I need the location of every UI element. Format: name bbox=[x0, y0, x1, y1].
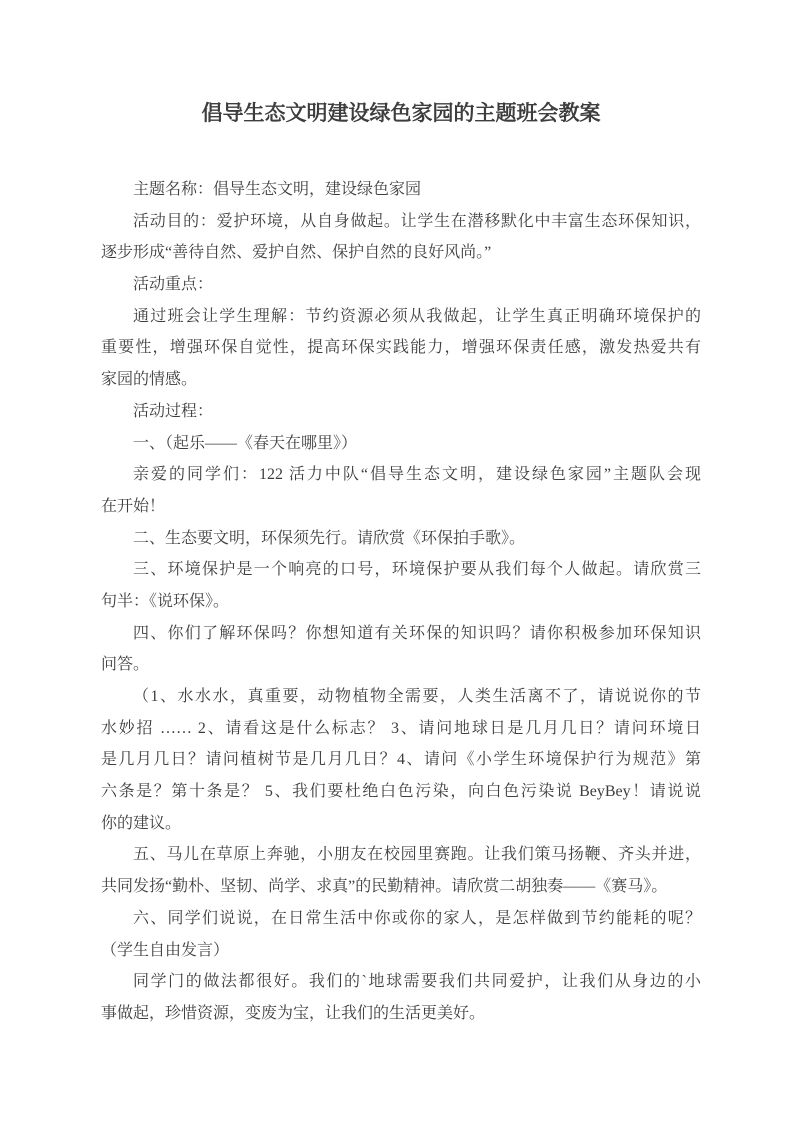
text-line: 六、同学们说说，在日常生活中你或你的家人，是怎样做到节约能耗的呢？ bbox=[101, 903, 701, 935]
text-line: 四、你们了解环保吗？你想知道有关环保的知识吗？请你积极参加环保知识 bbox=[101, 618, 701, 650]
text-line: 你的建议。 bbox=[101, 808, 701, 840]
document-title: 倡导生态文明建设绿色家园的主题班会教案 bbox=[101, 96, 701, 130]
text-line: 家园的情感。 bbox=[101, 364, 701, 396]
text-line: 三、环境保护是一个响亮的口号，环境保护要从我们每个人做起。请欣赏三 bbox=[101, 554, 701, 586]
text-line: 在开始！ bbox=[101, 491, 701, 523]
text-line: 通过班会让学生理解：节约资源必须从我做起，让学生真正明确环境保护的 bbox=[101, 301, 701, 333]
text-line: 亲爱的同学们：122 活力中队“倡导生态文明，建设绿色家园”主题队会现 bbox=[101, 459, 701, 491]
text-line: 活动目的：爱护环境，从自身做起。让学生在潜移默化中丰富生态环保知识， bbox=[101, 206, 701, 238]
text-line: 句半：《说环保》。 bbox=[101, 586, 701, 618]
text-line: 逐步形成“善待自然、爱护自然、保护自然的良好风尚。” bbox=[101, 237, 701, 269]
text-line: 事做起，珍惜资源，变废为宝，让我们的生活更美好。 bbox=[101, 998, 701, 1030]
text-line: 问答。 bbox=[101, 649, 701, 681]
text-line: 重要性，增强环保自觉性，提高环保实践能力，增强环保责任感，激发热爱共有 bbox=[101, 332, 701, 364]
text-line: 活动重点： bbox=[101, 269, 701, 301]
text-line: 活动过程： bbox=[101, 396, 701, 428]
document-lines: 主题名称：倡导生态文明，建设绿色家园活动目的：爱护环境，从自身做起。让学生在潜移… bbox=[101, 174, 701, 1030]
text-line: （1、水水水，真重要，动物植物全需要，人类生活离不了，请说说你的节 bbox=[101, 681, 701, 713]
text-line: 一、（起乐——《春天在哪里》） bbox=[101, 428, 701, 460]
text-line: 是几月几日？请问植树节是几月几日？4、请问《小学生环境保护行为规范》第 bbox=[101, 744, 701, 776]
text-line: 六条是？第十条是？ 5、我们要杜绝白色污染，向白色污染说 BeyBey！请说说 bbox=[101, 776, 701, 808]
text-line: 共同发扬“勤朴、坚韧、尚学、求真”的民勤精神。请欣赏二胡独奏——《赛马》。 bbox=[101, 871, 701, 903]
text-line: 水妙招 …… 2、请看这是什么标志？ 3、请问地球日是几月几日？请问环境日 bbox=[101, 713, 701, 745]
text-line: 二、生态要文明，环保须先行。请欣赏《环保拍手歌》。 bbox=[101, 523, 701, 555]
text-line: 主题名称：倡导生态文明，建设绿色家园 bbox=[101, 174, 701, 206]
document-page: 倡导生态文明建设绿色家园的主题班会教案 主题名称：倡导生态文明，建设绿色家园活动… bbox=[0, 0, 793, 1122]
text-line: 同学门的做法都很好。我们的`地球需要我们共同爱护，让我们从身边的小 bbox=[101, 966, 701, 998]
text-line: 五、马儿在草原上奔驰，小朋友在校园里赛跑。让我们策马扬鞭、齐头并进， bbox=[101, 839, 701, 871]
text-line: （学生自由发言） bbox=[101, 935, 701, 967]
